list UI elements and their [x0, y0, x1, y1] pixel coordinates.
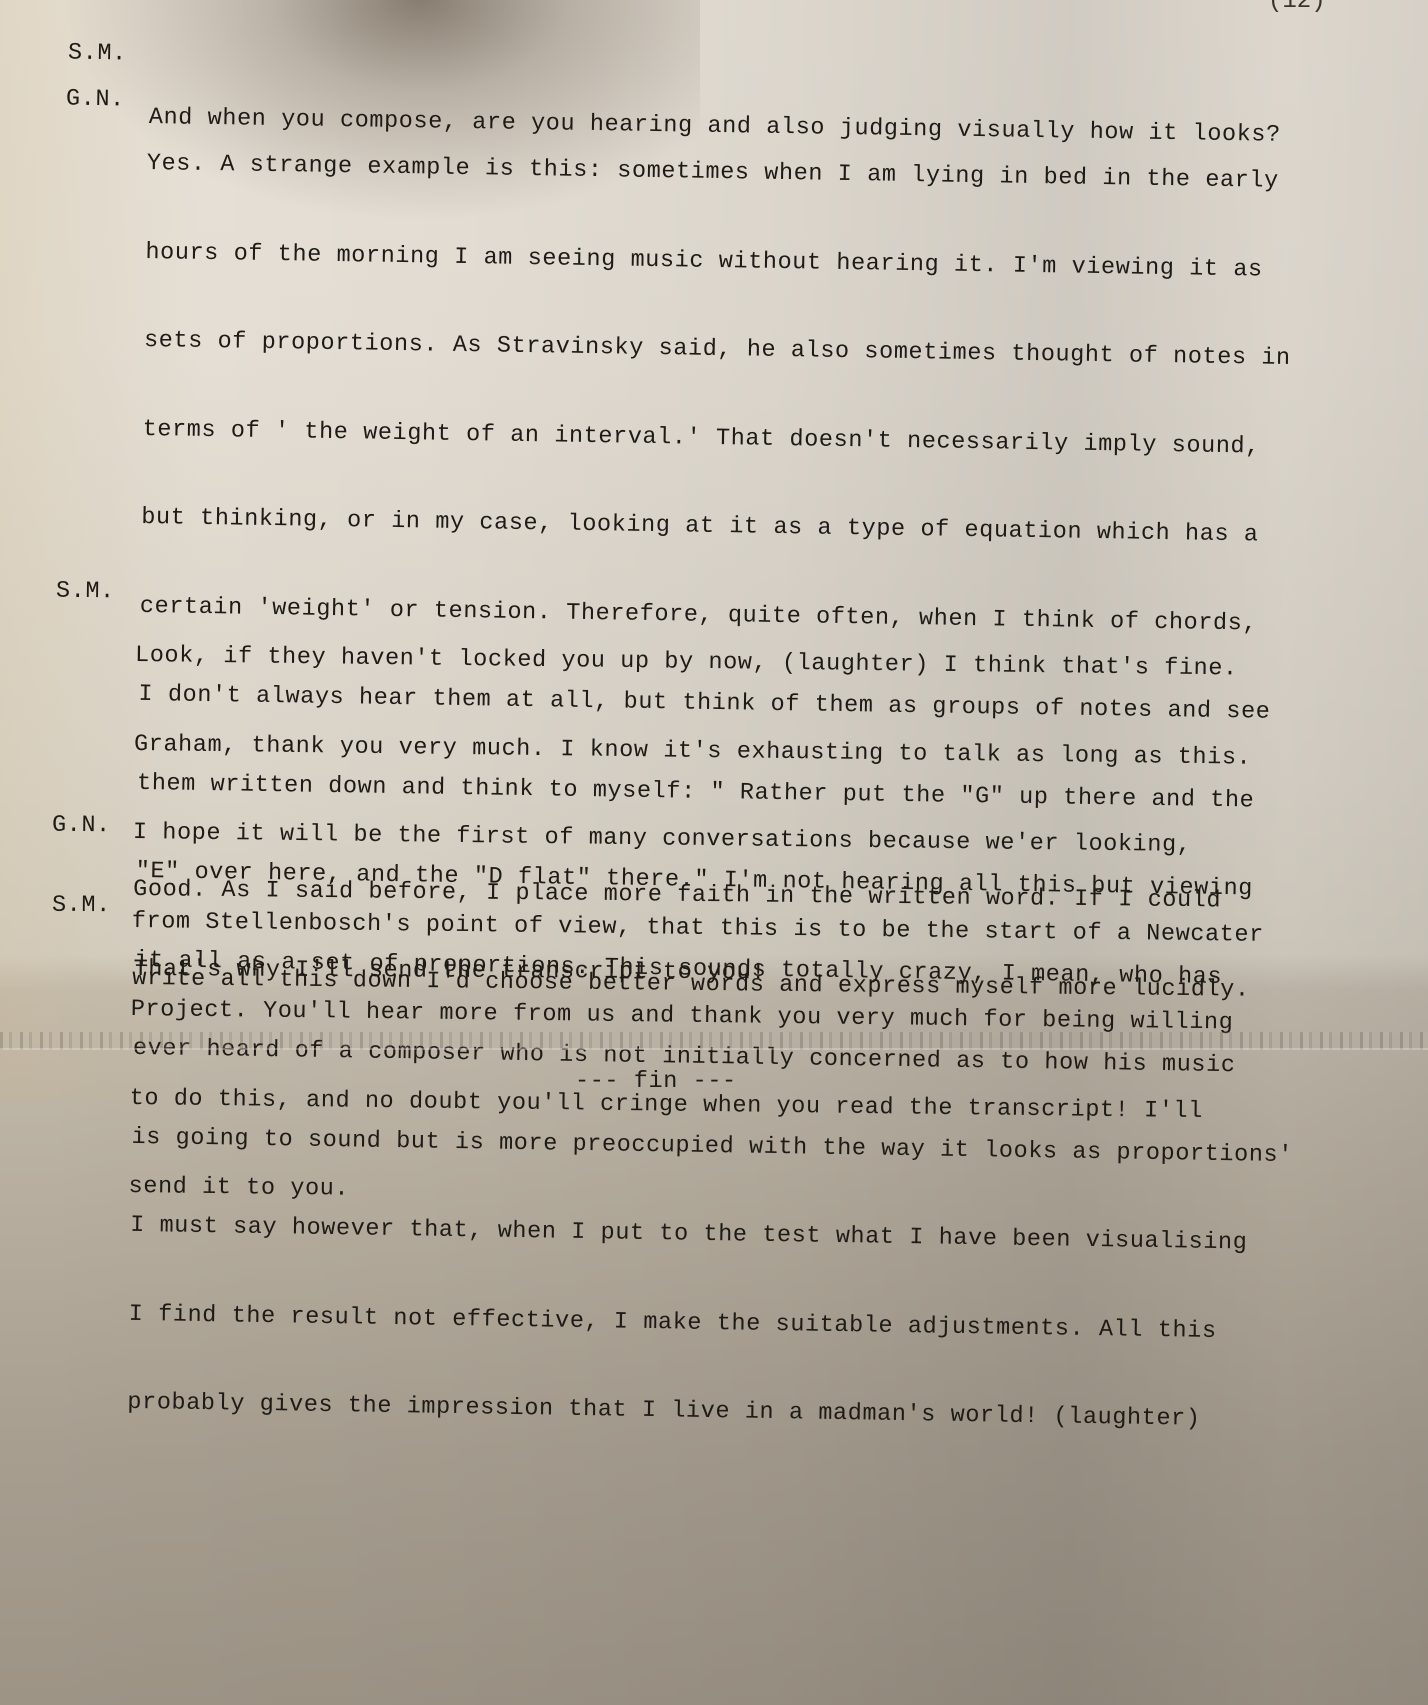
speaker-label: S.M.: [52, 892, 111, 919]
text-line: but thinking, or in my case, looking at …: [141, 503, 1303, 551]
page-fold-line: [0, 1032, 1428, 1050]
speaker-label: G.N.: [66, 86, 125, 114]
text-line: Graham, thank you very much. I know it's…: [134, 729, 1266, 772]
text-line: Look, if they haven't locked you up by n…: [135, 641, 1267, 684]
text-line: Yes. A strange example is this: sometime…: [147, 149, 1309, 197]
text-line: hours of the morning I am seeing music w…: [145, 237, 1307, 285]
speaker-label: S.M.: [68, 40, 127, 68]
text-line: sets of proportions. As Stravinsky said,…: [144, 326, 1306, 374]
speaker-label: G.N.: [52, 812, 111, 840]
page-number: (12): [1268, 0, 1326, 15]
closing-mark: --- fin ---: [575, 1068, 737, 1095]
speaker-label: S.M.: [56, 578, 115, 606]
text-line: probably gives the impression that I liv…: [127, 1388, 1289, 1436]
text-line: terms of ' the weight of an interval.' T…: [142, 414, 1304, 462]
text-line: I find the result not effective, I make …: [129, 1299, 1291, 1347]
dialogue-entry: That's why I'll send the transcript to y…: [133, 896, 766, 1047]
text-line: send it to you.: [128, 1172, 1260, 1215]
text-line: That's why I'll send the transcript to y…: [134, 955, 766, 988]
